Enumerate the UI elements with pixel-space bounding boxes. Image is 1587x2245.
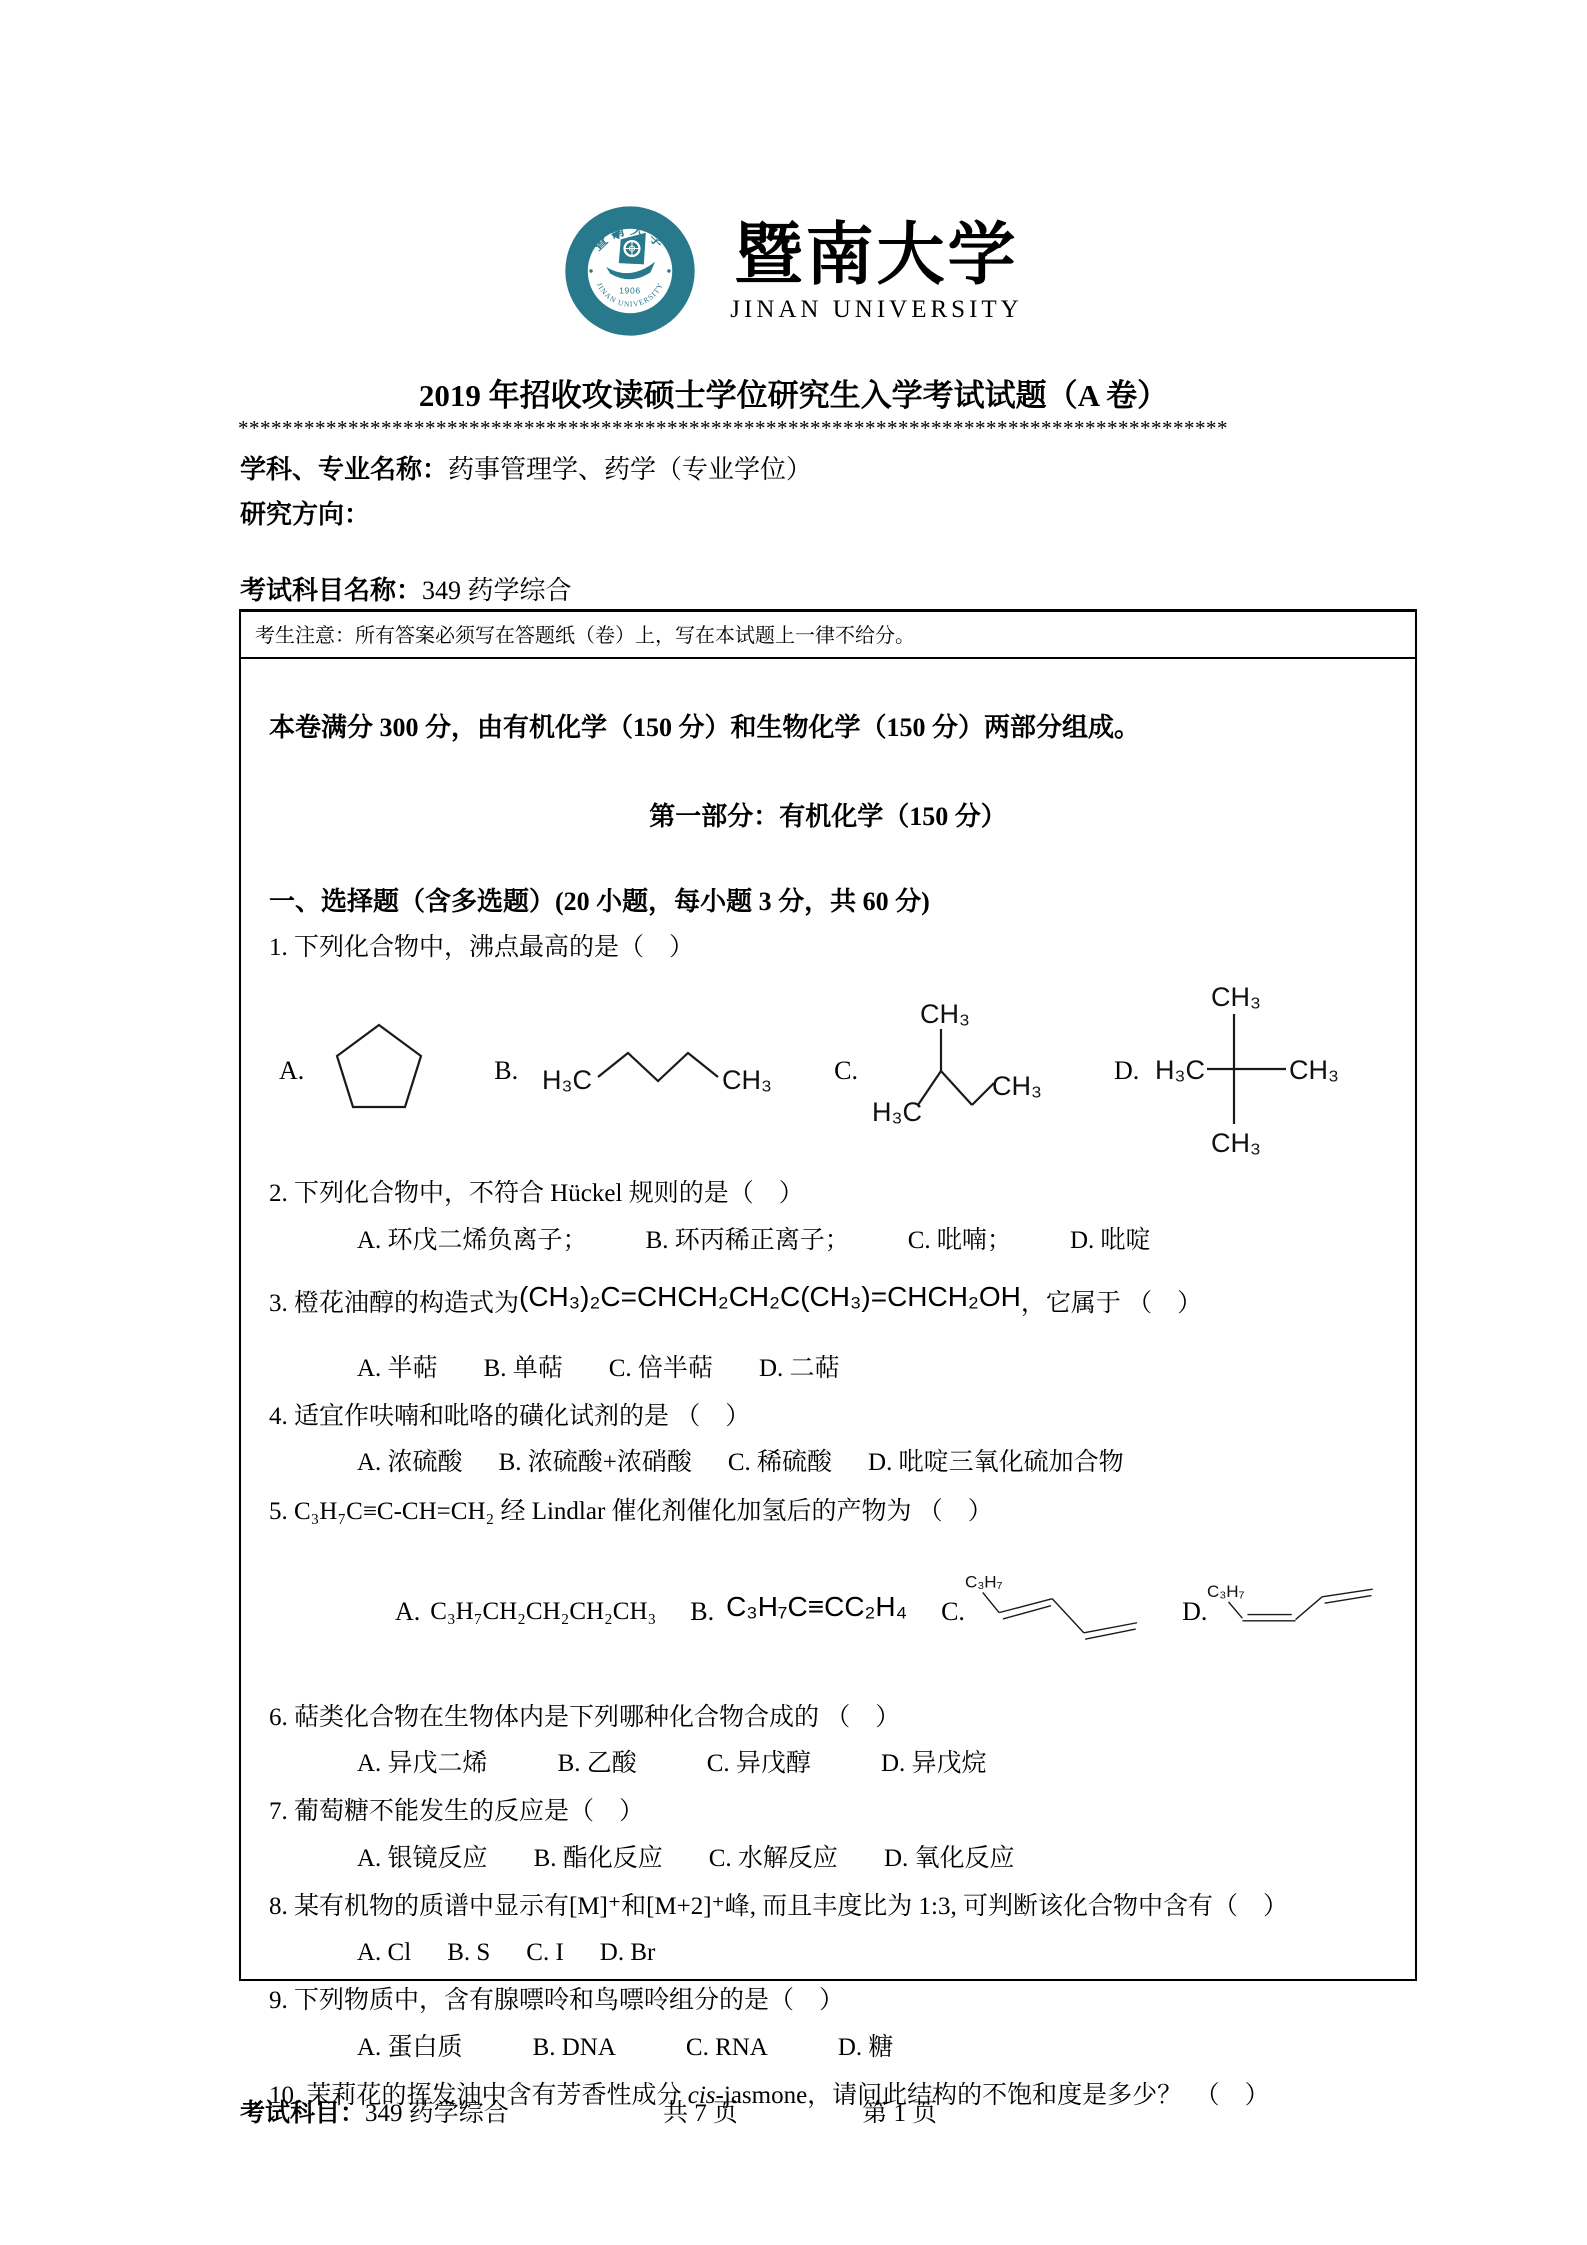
q2-option-d: D. 吡啶 — [1070, 1223, 1151, 1259]
svg-text:H₃C: H₃C — [1155, 1055, 1205, 1085]
question-1-structures: A. B. H₃C CH₃ C. CH₃ H₃C CH₃ D. — [269, 978, 1387, 1164]
svg-text:H₃C: H₃C — [872, 1097, 922, 1127]
q7-option-c: C. 水解反应 — [709, 1841, 838, 1877]
q1-option-a-label: A. — [279, 1056, 304, 1086]
q2-option-b: B. 环丙稀正离子； — [646, 1223, 850, 1259]
q5-option-b-label: B. — [690, 1597, 714, 1627]
university-wordmark: 暨南大学 JINAN UNIVERSITY — [730, 218, 1022, 325]
q3-text-before: 3. 橙花油醇的构造式为 — [269, 1283, 519, 1319]
question-8: 8. 某有机物的质谱中显示有[M]⁺和[M+2]⁺峰, 而且丰度比为 1:3, … — [269, 1889, 1387, 1925]
q4-option-a: A. 浓硫酸 — [357, 1445, 463, 1481]
direction-label: 研究方向： — [240, 500, 370, 529]
q4-option-b: B. 浓硫酸+浓硝酸 — [499, 1445, 692, 1481]
exam-paper-box: 考生注意：所有答案必须写在答题纸（卷）上，写在本试题上一律不给分。 本卷满分 3… — [239, 609, 1417, 1981]
university-name-cn: 暨南大学 — [734, 218, 1018, 293]
q9-option-d: D. 糖 — [838, 2030, 894, 2066]
part1-heading: 第一部分：有机化学（150 分） — [269, 796, 1387, 833]
svg-text:C₃H₇: C₃H₇ — [965, 1572, 1003, 1591]
q5-option-d-label: D. — [1182, 1597, 1207, 1627]
q6-option-c: C. 异戊醇 — [707, 1746, 811, 1782]
q8-option-a: A. Cl — [357, 1935, 411, 1971]
q3-option-d: D. 二萜 — [759, 1351, 840, 1387]
university-seal-icon: 暨南大学 JINAN UNIVERSITY 1906 — [564, 205, 696, 337]
question-5: 5. C₃H₇C≡C-CH=CH₂ 经 Lindlar 催化剂催化加氢后的产物为… — [269, 1494, 1387, 1530]
subject-label: 学科、专业名称： — [240, 455, 448, 484]
question-2: 2. 下列化合物中，不符合 Hückel 规则的是（ ） — [269, 1176, 1387, 1212]
q9-option-b: B. DNA — [533, 2030, 616, 2066]
structure-cyclopentane — [330, 1015, 428, 1127]
question-6-options: A. 异戊二烯 B. 乙酸 C. 异戊醇 D. 异戊烷 — [269, 1746, 1387, 1782]
page-footer: 考试科目：349 药学综合 共 7 页 第 1 页 — [240, 2093, 937, 2129]
q3-option-c: C. 倍半萜 — [609, 1351, 713, 1387]
direction-line: 研究方向： — [240, 494, 370, 531]
q8-option-b: B. S — [447, 1935, 490, 1971]
q2-option-a: A. 环戊二烯负离子； — [357, 1223, 588, 1259]
question-7-options: A. 银镜反应 B. 酯化反应 C. 水解反应 D. 氧化反应 — [269, 1841, 1387, 1877]
q4-option-d: D. 吡啶三氧化硫加合物 — [868, 1445, 1124, 1481]
question-2-options: A. 环戊二烯负离子； B. 环丙稀正离子； C. 吡喃； D. 吡啶 — [269, 1223, 1387, 1259]
q5-option-a-label: A. — [395, 1597, 420, 1627]
structure-cis-diene: C₃H₇ — [1207, 1560, 1387, 1664]
q3-text-after: ，它属于 （ ） — [1021, 1283, 1202, 1319]
structure-pentane: H₃C CH₃ — [540, 1031, 776, 1111]
question-4: 4. 适宜作呋喃和吡咯的磺化试剂的是 （ ） — [269, 1399, 1387, 1435]
svg-text:CH₃: CH₃ — [992, 1071, 1042, 1101]
footer-course-label: 考试科目： — [240, 2100, 365, 2127]
question-6: 6. 萜类化合物在生物体内是下列哪种化合物合成的 （ ） — [269, 1700, 1387, 1736]
question-3: 3. 橙花油醇的构造式为 (CH₃)₂C=CHCH₂CH₂C(CH₃)=CHCH… — [269, 1283, 1387, 1319]
q8-option-c: C. I — [526, 1935, 564, 1971]
q5-option-b-formula: C₃H₇C≡CC₂H₄ — [726, 1591, 907, 1623]
q3-option-b: B. 单萜 — [484, 1351, 563, 1387]
candidate-notice: 考生注意：所有答案必须写在答题纸（卷）上，写在本试题上一律不给分。 — [241, 612, 1415, 659]
q1-option-c-label: C. — [834, 1056, 858, 1086]
q2-option-c: C. 吡喃； — [908, 1223, 1012, 1259]
q6-option-a: A. 异戊二烯 — [357, 1746, 488, 1782]
footer-current-page: 第 1 页 — [862, 2100, 937, 2127]
q8-option-d: D. Br — [600, 1935, 656, 1971]
question-5-options: A. C₃H₇CH₂CH₂CH₂CH₃ B. C₃H₇C≡CC₂H₄ C. C₃… — [269, 1536, 1387, 1688]
question-4-options: A. 浓硫酸 B. 浓硫酸+浓硝酸 C. 稀硫酸 D. 吡啶三氧化硫加合物 — [269, 1445, 1387, 1481]
q5-option-a-formula: C₃H₇CH₂CH₂CH₂CH₃ — [430, 1598, 656, 1626]
q5-option-c-label: C. — [941, 1597, 965, 1627]
separator-stars: ****************************************… — [238, 416, 1346, 441]
course-line: 考试科目名称：349 药学综合 — [240, 570, 572, 607]
question-8-options: A. Cl B. S C. I D. Br — [269, 1935, 1387, 1971]
course-label: 考试科目名称： — [240, 576, 422, 605]
svg-text:CH₃: CH₃ — [920, 999, 970, 1029]
university-logo: 暨南大学 JINAN UNIVERSITY 1906 暨南大学 JINAN UN… — [0, 205, 1587, 337]
exam-content: 本卷满分 300 分，由有机化学（150 分）和生物化学（150 分）两部分组成… — [241, 707, 1415, 2114]
structure-trans-diene: C₃H₇ — [965, 1549, 1152, 1675]
q9-option-c: C. RNA — [686, 2030, 768, 2066]
course-value: 349 药学综合 — [422, 576, 572, 605]
exam-overview: 本卷满分 300 分，由有机化学（150 分）和生物化学（150 分）两部分组成… — [269, 707, 1387, 744]
svg-text:H₃C: H₃C — [542, 1065, 592, 1095]
question-9-options: A. 蛋白质 B. DNA C. RNA D. 糖 — [269, 2030, 1387, 2066]
q3-option-a: A. 半萜 — [357, 1351, 438, 1387]
question-9: 9. 下列物质中，含有腺嘌呤和鸟嘌呤组分的是（ ） — [269, 1983, 1387, 2019]
svg-text:C₃H₇: C₃H₇ — [1207, 1582, 1245, 1601]
q1-option-b-label: B. — [494, 1056, 518, 1086]
q3-formula: (CH₃)₂C=CHCH₂CH₂C(CH₃)=CHCH₂OH — [519, 1281, 1021, 1313]
q7-option-d: D. 氧化反应 — [884, 1841, 1015, 1877]
structure-isopentane: CH₃ H₃C CH₃ — [872, 995, 1068, 1147]
q6-option-b: B. 乙酸 — [558, 1746, 637, 1782]
svg-text:CH₃: CH₃ — [1211, 1128, 1261, 1158]
q1-option-d-label: D. — [1114, 1056, 1139, 1086]
question-3-options: A. 半萜 B. 单萜 C. 倍半萜 D. 二萜 — [269, 1351, 1387, 1387]
q7-option-a: A. 银镜反应 — [357, 1841, 488, 1877]
page-title: 2019 年招收攻读硕士学位研究生入学考试试题（A 卷） — [0, 370, 1587, 415]
section1-heading: 一、选择题（含多选题）(20 小题，每小题 3 分，共 60 分) — [269, 881, 1387, 918]
question-7: 7. 葡萄糖不能发生的反应是（ ） — [269, 1794, 1387, 1830]
seal-year: 1906 — [619, 285, 641, 295]
subject-value: 药事管理学、药学（专业学位） — [448, 455, 812, 484]
q6-option-d: D. 异戊烷 — [881, 1746, 987, 1782]
q7-option-b: B. 酯化反应 — [534, 1841, 663, 1877]
question-1: 1. 下列化合物中，沸点最高的是（ ） — [269, 930, 1387, 966]
subject-line: 学科、专业名称：药事管理学、药学（专业学位） — [240, 449, 812, 486]
footer-total-pages: 共 7 页 — [663, 2100, 738, 2127]
footer-course-value: 349 药学综合 — [365, 2100, 509, 2127]
q9-option-a: A. 蛋白质 — [357, 2030, 463, 2066]
svg-text:CH₃: CH₃ — [1211, 982, 1261, 1012]
structure-neopentane: CH₃ H₃C CH₃ CH₃ — [1155, 978, 1355, 1164]
svg-text:CH₃: CH₃ — [1289, 1055, 1339, 1085]
q4-option-c: C. 稀硫酸 — [728, 1445, 832, 1481]
svg-text:CH₃: CH₃ — [722, 1065, 772, 1095]
university-name-en: JINAN UNIVERSITY — [730, 296, 1022, 324]
